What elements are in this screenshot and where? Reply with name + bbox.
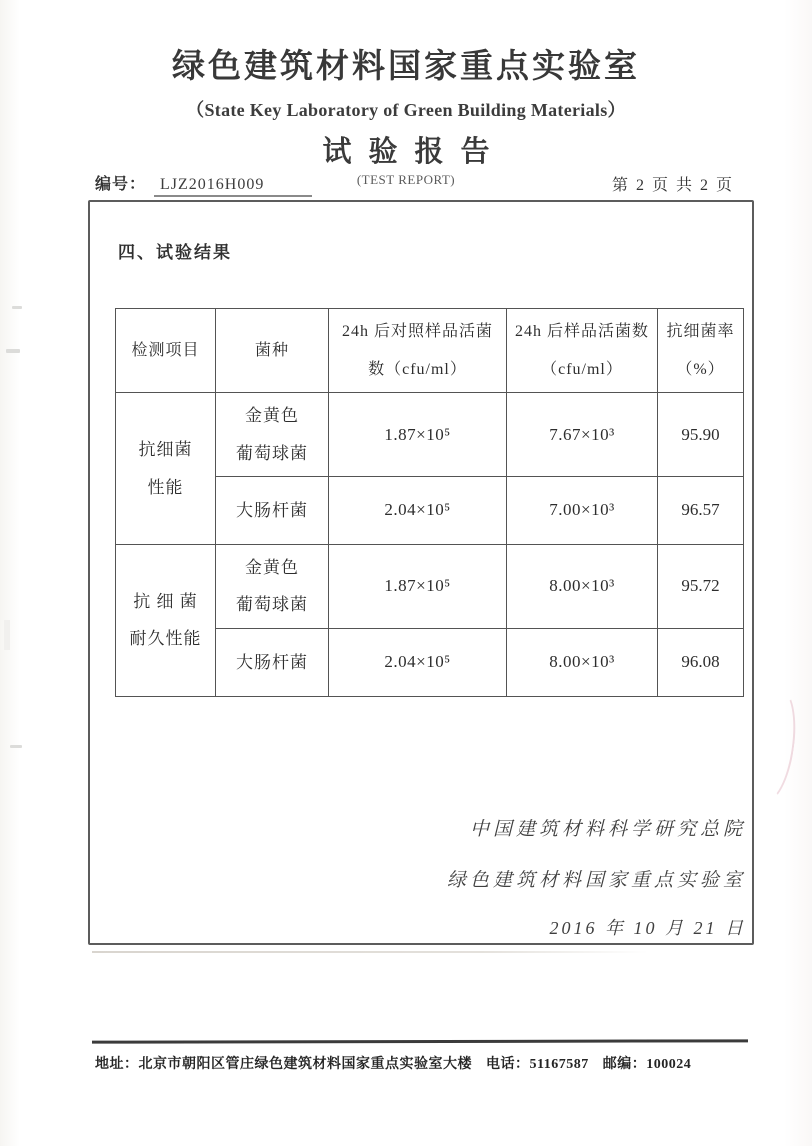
control-count-cell: 1.87×10⁵: [329, 393, 507, 477]
section-title: 四、试验结果: [118, 238, 232, 263]
control-count-cell: 1.87×10⁵: [329, 544, 507, 628]
address-label: 地址：: [95, 1057, 139, 1072]
col-header-rate: 抗细菌率（%）: [658, 309, 744, 393]
rate-cell: 95.72: [658, 544, 744, 628]
table-header-row: 检测项目 菌种 24h 后对照样品活菌数（cfu/ml） 24h 后样品活菌数（…: [116, 309, 744, 393]
report-no-label: 编号：: [95, 176, 146, 193]
phone-value: 51167587: [530, 1057, 589, 1072]
page-indicator: 第 2 页 共 2 页: [612, 172, 734, 195]
col-header-control-count: 24h 后对照样品活菌数（cfu/ml）: [329, 309, 507, 393]
scan-edge-mark: [6, 349, 20, 353]
footer: 地址：北京市朝阳区管庄绿色建筑材料国家重点实验室大楼电话：51167587邮编：…: [95, 1053, 751, 1073]
rate-cell: 95.90: [658, 393, 744, 477]
signature-org-2: 绿色建筑材料国家重点实验室: [447, 865, 746, 892]
postal-value: 100024: [646, 1057, 691, 1072]
rate-cell: 96.08: [658, 628, 744, 696]
sample-count-cell: 7.00×10³: [507, 476, 658, 544]
report-title: 试验报告: [0, 129, 812, 170]
rate-cell: 96.57: [658, 476, 744, 544]
sample-count-cell: 8.00×10³: [507, 544, 658, 628]
lab-title-cn: 绿色建筑材料国家重点实验室: [0, 40, 812, 87]
col-header-sample-count: 24h 后样品活菌数（cfu/ml）: [507, 309, 658, 393]
report-header: 绿色建筑材料国家重点实验室 （State Key Laboratory of G…: [0, 40, 812, 188]
scan-shadow-line: [92, 951, 648, 953]
signature-block: 中国建筑材料科学研究总院 绿色建筑材料国家重点实验室 2016 年 10 月 2…: [447, 814, 746, 940]
scan-edge-mark: [12, 306, 22, 309]
test-item-durability: 抗 细 菌 耐久性能: [116, 544, 216, 696]
signature-org-1: 中国建筑材料科学研究总院: [447, 814, 746, 841]
lab-title-en: （State Key Laboratory of Green Building …: [0, 96, 812, 122]
test-item-antibacterial: 抗细菌 性能: [116, 393, 216, 545]
col-header-species: 菌种: [216, 309, 329, 393]
scan-edge-mark: [10, 745, 22, 748]
phone-label: 电话：: [486, 1057, 530, 1072]
control-count-cell: 2.04×10⁵: [329, 628, 507, 696]
table-row: 抗细菌 性能 金黄色 葡萄球菌 1.87×10⁵ 7.67×10³ 95.90: [116, 393, 744, 477]
report-no-value: LJZ2016H009: [154, 176, 312, 197]
meta-row: 编号：LJZ2016H009 第 2 页 共 2 页: [95, 171, 742, 195]
species-cell: 大肠杆菌: [216, 628, 329, 696]
address-value: 北京市朝阳区管庄绿色建筑材料国家重点实验室大楼: [139, 1057, 473, 1072]
species-cell: 大肠杆菌: [216, 476, 329, 544]
species-cell: 金黄色 葡萄球菌: [216, 544, 329, 628]
species-cell: 金黄色 葡萄球菌: [216, 393, 329, 477]
postal-label: 邮编：: [603, 1057, 647, 1072]
results-table: 检测项目 菌种 24h 后对照样品活菌数（cfu/ml） 24h 后样品活菌数（…: [115, 308, 744, 697]
footer-divider: [92, 1039, 748, 1043]
table-row: 抗 细 菌 耐久性能 金黄色 葡萄球菌 1.87×10⁵ 8.00×10³ 95…: [116, 544, 744, 628]
control-count-cell: 2.04×10⁵: [329, 476, 507, 544]
signature-date: 2016 年 10 月 21 日: [447, 914, 746, 940]
col-header-test-item: 检测项目: [116, 309, 216, 393]
test-report-page: 绿色建筑材料国家重点实验室 （State Key Laboratory of G…: [0, 0, 812, 1146]
sample-count-cell: 8.00×10³: [507, 628, 658, 696]
sample-count-cell: 7.67×10³: [507, 393, 658, 477]
scan-edge-mark: [4, 620, 10, 650]
